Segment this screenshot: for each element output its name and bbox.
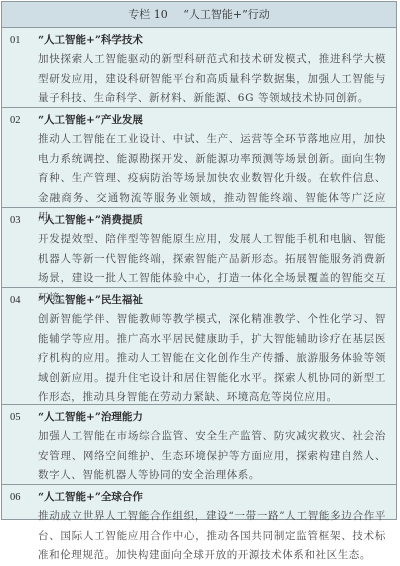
section-title: “人工智能+”科学技术 — [38, 31, 143, 50]
box-label: 专栏 10 — [128, 8, 168, 21]
section-01: 01 “人工智能+”科学技术 加快探索人工智能驱动的新型科研范式和技术研发模式，… — [2, 28, 396, 108]
section-number: 05 — [10, 408, 38, 427]
section-06: 06 “人工智能+”全球合作 推动成立世界人工智能合作组织，建设“一带一路”人工… — [2, 485, 396, 523]
feature-box: 专栏 10 “人工智能+”行动 01 “人工智能+”科学技术 加快探索人工智能驱… — [1, 1, 397, 520]
section-03: 03 “人工智能+”消费提质 开发提效型、陪伴型等智能原生应用，发展人工智能手机… — [2, 208, 396, 288]
section-number: 02 — [10, 111, 38, 130]
section-title: “人工智能+”产业发展 — [38, 111, 143, 130]
section-title: “人工智能+”治理能力 — [38, 408, 143, 427]
section-number: 01 — [10, 31, 38, 50]
section-title: “人工智能+”民生福祉 — [38, 291, 143, 310]
section-04: 04 “人工智能+”民生福祉 创新智能学伴、智能教师等教学模式，深化精准教学、个… — [2, 288, 396, 405]
section-05: 05 “人工智能+”治理能力 加强人工智能在市场综合监管、安全生产监管、防灾减灾… — [2, 405, 396, 485]
box-title: “人工智能+”行动 — [183, 8, 269, 21]
section-body: 加强人工智能在市场综合监管、安全生产监管、防灾减灾救灾、社会治安管理、网络空间维… — [38, 427, 386, 486]
section-number: 03 — [10, 211, 38, 230]
section-body: 推动成立世界人工智能合作组织，建设“一带一路”人工智能多边合作平台、国际人工智能… — [38, 507, 386, 523]
section-body: 加快探索人工智能驱动的新型科研范式和技术研发模式，推进科学大模型研发应用，建设科… — [38, 50, 386, 109]
section-body: 创新智能学伴、智能教师等教学模式，深化精准教学、个性化学习、智能辅学等应用。推广… — [38, 310, 386, 408]
section-number: 06 — [10, 488, 38, 507]
section-02: 02 “人工智能+”产业发展 推动人工智能在工业设计、中试、生产、运营等全环节落… — [2, 108, 396, 208]
section-title: “人工智能+”全球合作 — [38, 488, 143, 507]
section-number: 04 — [10, 291, 38, 310]
box-header: 专栏 10 “人工智能+”行动 — [2, 2, 396, 28]
section-title: “人工智能+”消费提质 — [38, 211, 143, 230]
